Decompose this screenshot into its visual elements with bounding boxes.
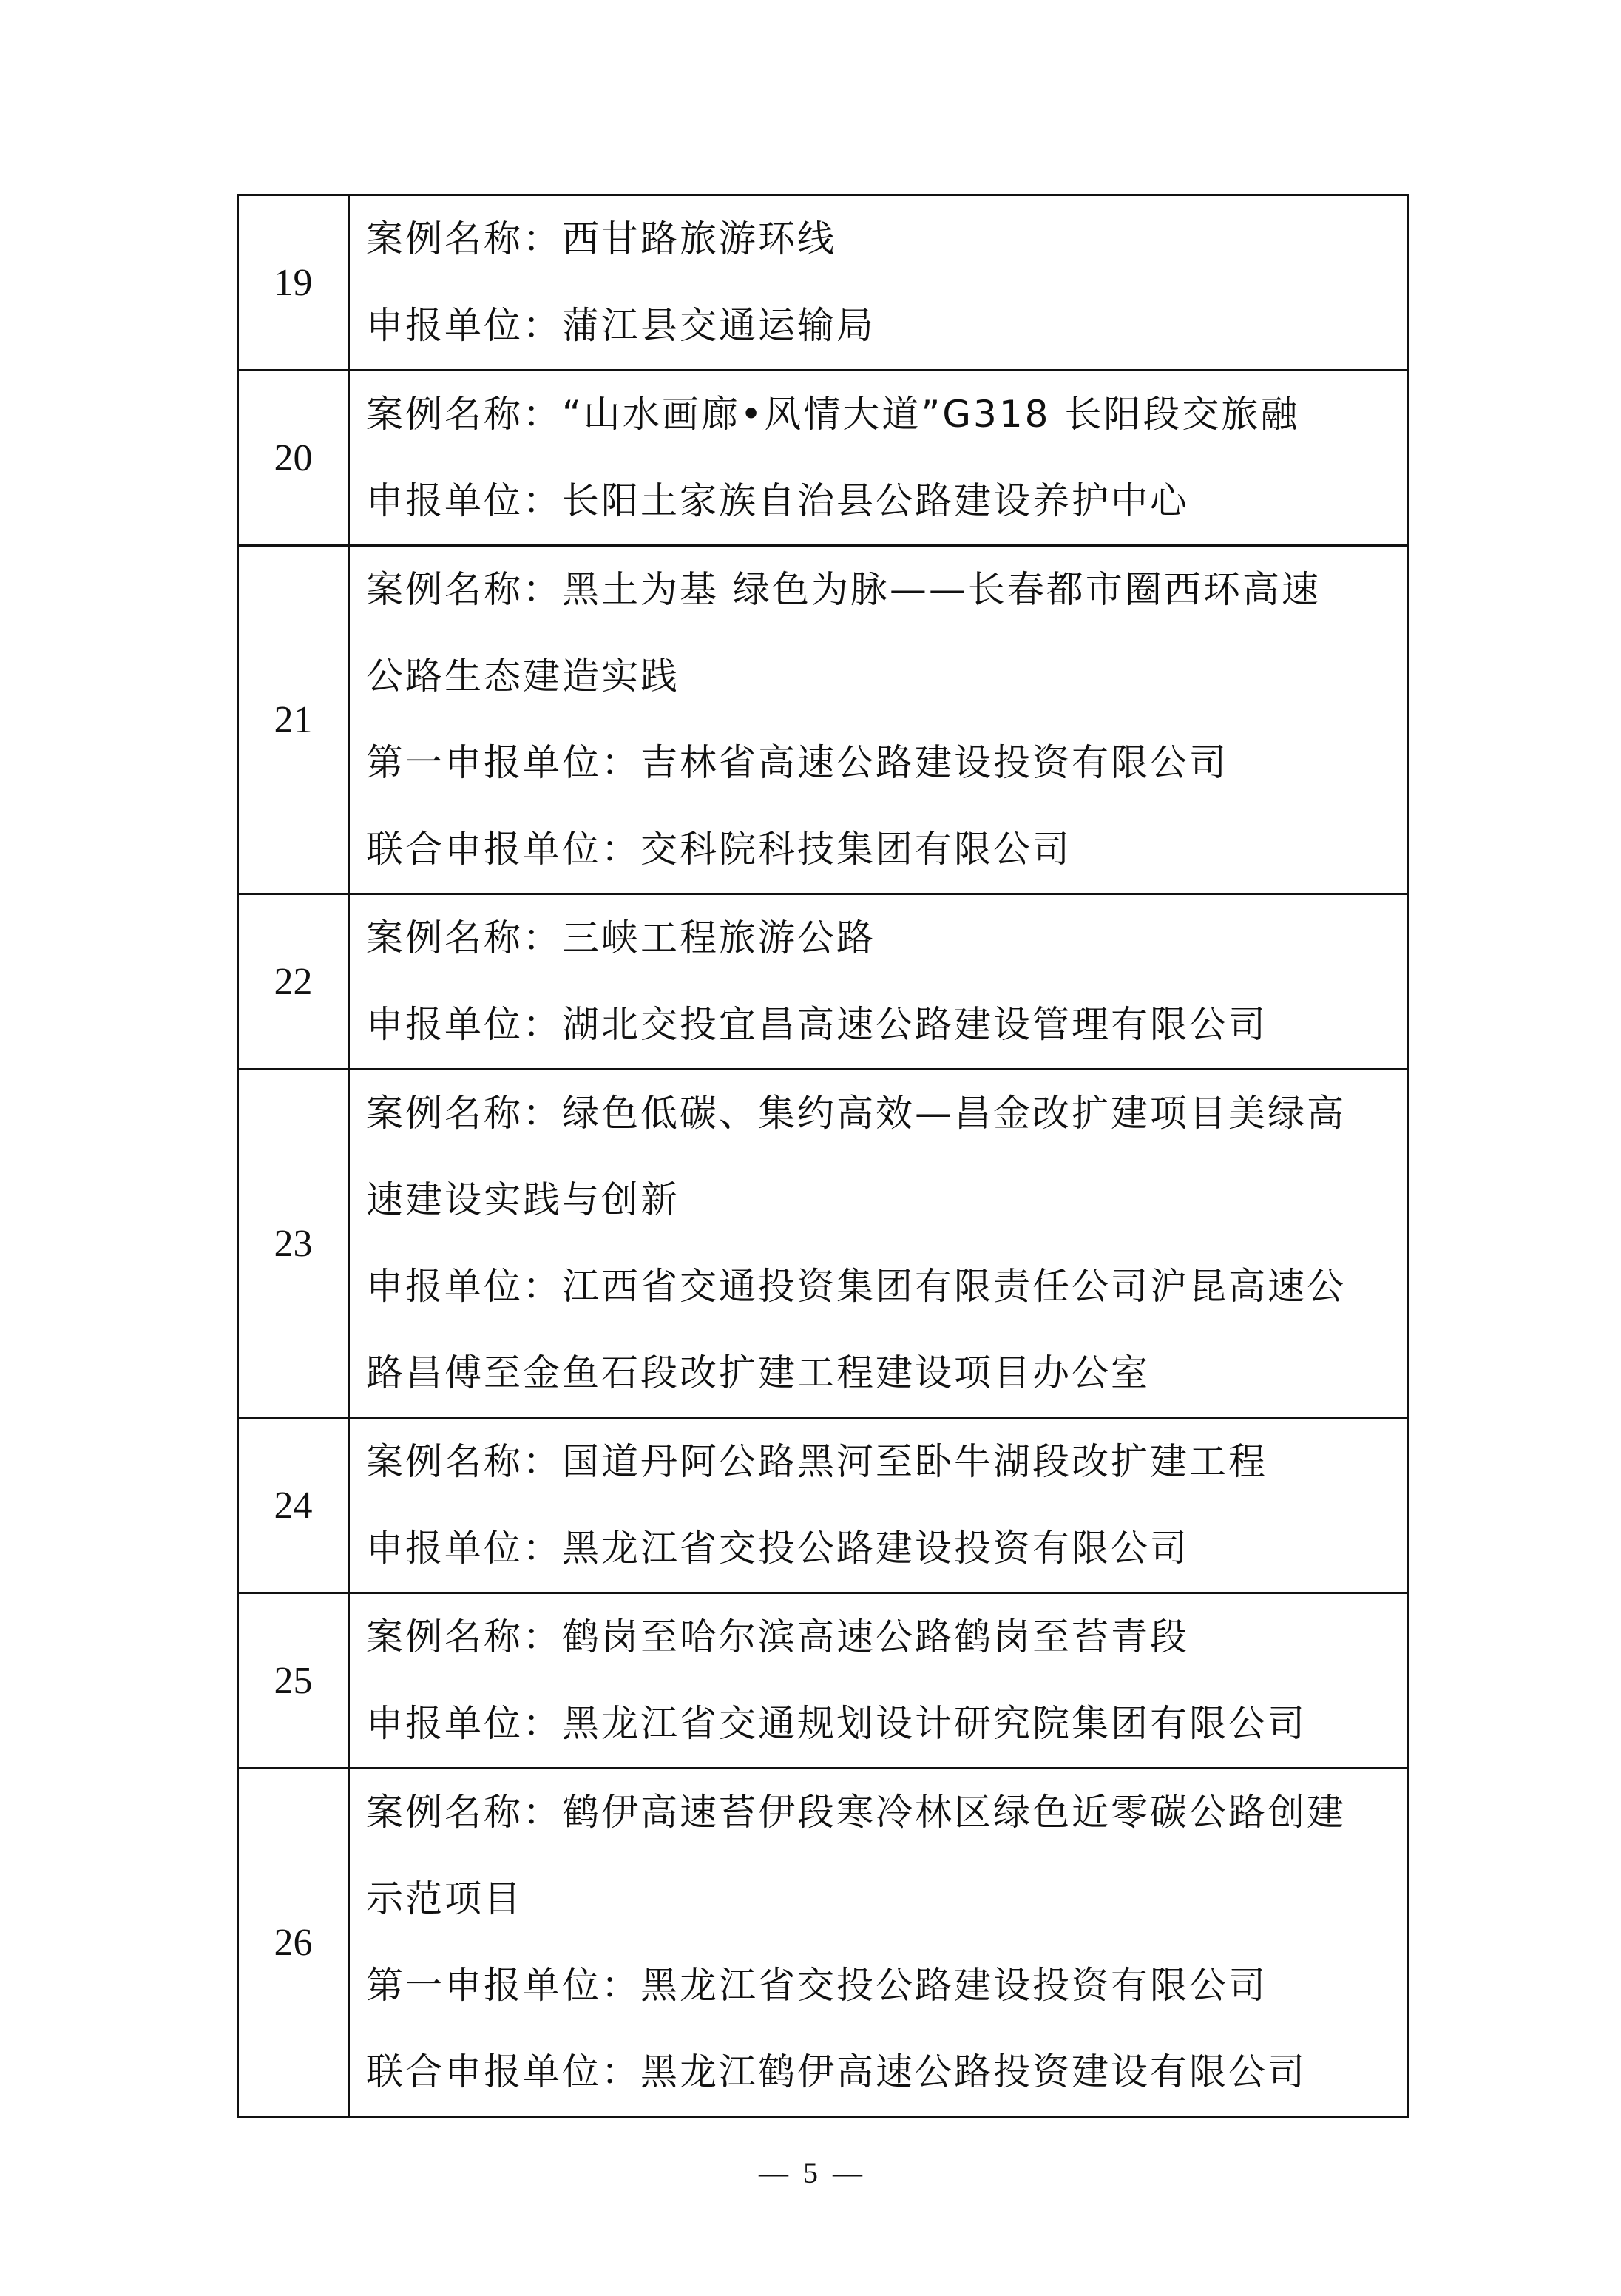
row-content: 案例名称：鹤伊高速苔伊段寒冷林区绿色近零碳公路创建 示范项目 第一申报单位：黑龙… [349, 1769, 1408, 2117]
case-list-table: 19 案例名称：西甘路旅游环线 申报单位：蒲江县交通运输局 20 案例名称：“山… [237, 194, 1409, 2118]
applicant-continued: 路昌傅至金鱼石段改扩建工程建设项目办公室 [366, 1330, 1399, 1417]
row-content: 案例名称：鹤岗至哈尔滨高速公路鹤岗至苔青段 申报单位：黑龙江省交通规划设计研究院… [349, 1593, 1408, 1769]
case-name-continued: 示范项目 [366, 1856, 1399, 1942]
case-name: 案例名称：鹤伊高速苔伊段寒冷林区绿色近零碳公路创建 [366, 1769, 1399, 1856]
row-number: 26 [238, 1769, 349, 2117]
applicant: 申报单位：黑龙江省交通规划设计研究院集团有限公司 [366, 1681, 1399, 1767]
row-number: 25 [238, 1593, 349, 1769]
table-row: 20 案例名称：“山水画廊•风情大道”G318 长阳段交旅融 申报单位：长阳土家… [238, 371, 1408, 546]
case-name-continued: 速建设实践与创新 [366, 1157, 1399, 1243]
row-number: 23 [238, 1070, 349, 1418]
table-row: 25 案例名称：鹤岗至哈尔滨高速公路鹤岗至苔青段 申报单位：黑龙江省交通规划设计… [238, 1593, 1408, 1769]
joint-applicant: 联合申报单位：黑龙江鹤伊高速公路投资建设有限公司 [366, 2029, 1399, 2116]
row-content: 案例名称：国道丹阿公路黑河至卧牛湖段改扩建工程 申报单位：黑龙江省交投公路建设投… [349, 1418, 1408, 1593]
applicant: 申报单位：黑龙江省交投公路建设投资有限公司 [366, 1505, 1399, 1592]
row-number: 21 [238, 546, 349, 894]
applicant: 申报单位：蒲江县交通运输局 [366, 283, 1399, 369]
first-applicant: 第一申报单位：黑龙江省交投公路建设投资有限公司 [366, 1942, 1399, 2029]
applicant: 申报单位：江西省交通投资集团有限责任公司沪昆高速公 [366, 1243, 1399, 1330]
row-number: 24 [238, 1418, 349, 1593]
row-number: 22 [238, 894, 349, 1070]
table-row: 22 案例名称：三峡工程旅游公路 申报单位：湖北交投宜昌高速公路建设管理有限公司 [238, 894, 1408, 1070]
case-name-continued: 公路生态建造实践 [366, 633, 1399, 720]
row-number: 20 [238, 371, 349, 546]
row-content: 案例名称：“山水画廊•风情大道”G318 长阳段交旅融 申报单位：长阳土家族自治… [349, 371, 1408, 546]
applicant: 申报单位：长阳土家族自治县公路建设养护中心 [366, 458, 1399, 544]
row-content: 案例名称：三峡工程旅游公路 申报单位：湖北交投宜昌高速公路建设管理有限公司 [349, 894, 1408, 1070]
case-name: 案例名称：“山水画廊•风情大道”G318 长阳段交旅融 [366, 371, 1399, 458]
first-applicant: 第一申报单位：吉林省高速公路建设投资有限公司 [366, 720, 1399, 806]
case-name: 案例名称：国道丹阿公路黑河至卧牛湖段改扩建工程 [366, 1419, 1399, 1505]
table-row: 26 案例名称：鹤伊高速苔伊段寒冷林区绿色近零碳公路创建 示范项目 第一申报单位… [238, 1769, 1408, 2117]
table-row: 23 案例名称：绿色低碳、集约高效—昌金改扩建项目美绿高 速建设实践与创新 申报… [238, 1070, 1408, 1418]
document-page: 19 案例名称：西甘路旅游环线 申报单位：蒲江县交通运输局 20 案例名称：“山… [0, 0, 1621, 2296]
table-row: 21 案例名称：黑土为基 绿色为脉——长春都市圈西环高速 公路生态建造实践 第一… [238, 546, 1408, 894]
case-name: 案例名称：绿色低碳、集约高效—昌金改扩建项目美绿高 [366, 1070, 1399, 1157]
row-content: 案例名称：绿色低碳、集约高效—昌金改扩建项目美绿高 速建设实践与创新 申报单位：… [349, 1070, 1408, 1418]
row-content: 案例名称：黑土为基 绿色为脉——长春都市圈西环高速 公路生态建造实践 第一申报单… [349, 546, 1408, 894]
case-name: 案例名称：三峡工程旅游公路 [366, 895, 1399, 982]
row-content: 案例名称：西甘路旅游环线 申报单位：蒲江县交通运输局 [349, 195, 1408, 371]
page-number: — 5 — [0, 2154, 1621, 2192]
case-name: 案例名称：西甘路旅游环线 [366, 196, 1399, 283]
table-row: 19 案例名称：西甘路旅游环线 申报单位：蒲江县交通运输局 [238, 195, 1408, 371]
table-row: 24 案例名称：国道丹阿公路黑河至卧牛湖段改扩建工程 申报单位：黑龙江省交投公路… [238, 1418, 1408, 1593]
case-name: 案例名称：黑土为基 绿色为脉——长春都市圈西环高速 [366, 547, 1399, 633]
applicant: 申报单位：湖北交投宜昌高速公路建设管理有限公司 [366, 982, 1399, 1068]
joint-applicant: 联合申报单位：交科院科技集团有限公司 [366, 806, 1399, 893]
row-number: 19 [238, 195, 349, 371]
case-name: 案例名称：鹤岗至哈尔滨高速公路鹤岗至苔青段 [366, 1594, 1399, 1681]
